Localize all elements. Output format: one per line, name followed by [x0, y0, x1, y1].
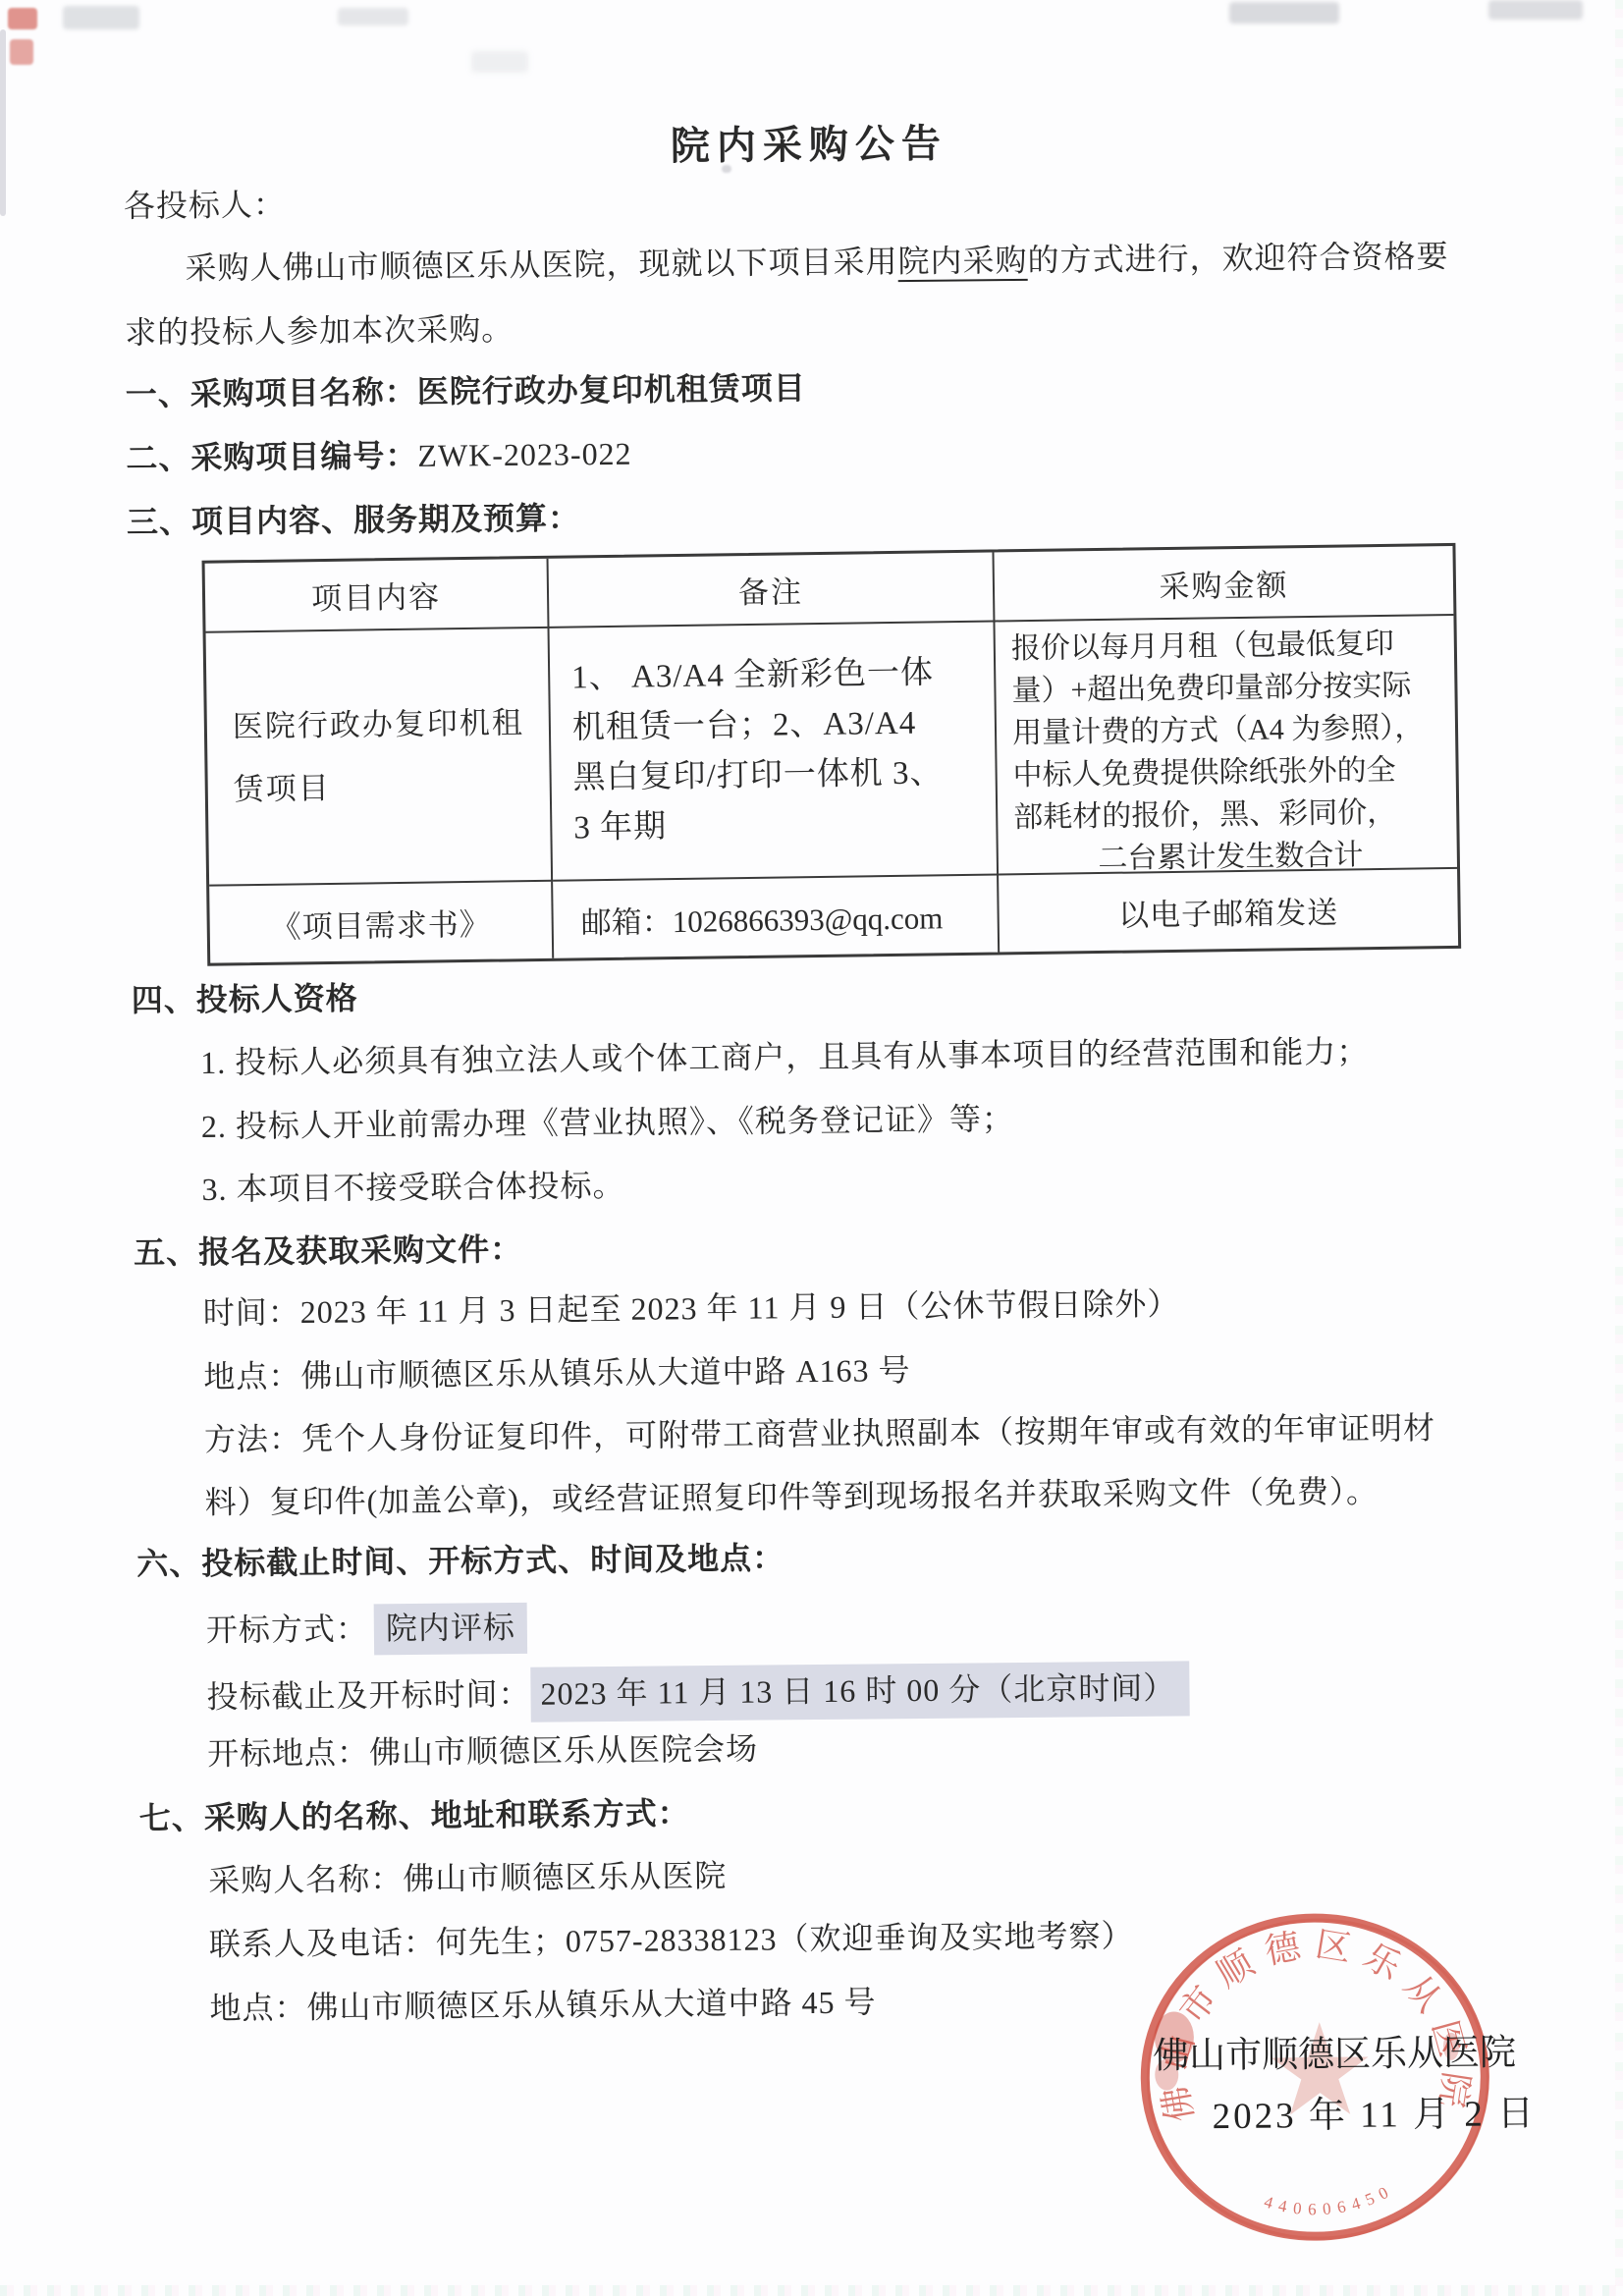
bid-opening-method-label: 开标方式：	[206, 1611, 368, 1648]
bid-deadline-label: 投标截止及开标时间：	[206, 1676, 530, 1715]
requirements-email: 邮箱：1026866393@qq.com	[553, 875, 1000, 957]
table-row: 1、 A3/A4 全新彩色一体 机租赁一台；2、A3/A4 黑白复印/打印一体机…	[550, 622, 1000, 881]
qualification-item-2: 2. 投标人开业前需办理《营业执照》、《税务登记证》等；	[201, 1099, 1014, 1146]
cell-line: 3 年期	[573, 797, 997, 853]
cell-line: 用量计费的方式（A4 为参照），	[1012, 706, 1446, 754]
bid-deadline: 投标截止及开标时间：2023 年 11 月 13 日 16 时 00 分（北京时…	[206, 1661, 1189, 1725]
qualification-item-1: 1. 投标人必须具有独立法人或个体工商户，且具有从事本项目的经营范围和能力；	[200, 1032, 1369, 1082]
registration-place: 地点：佛山市顺德区乐从镇乐从大道中路 A163 号	[203, 1350, 910, 1396]
scan-red-mark	[10, 39, 33, 65]
document-content: 院内采购公告 各投标人： 采购人佛山市顺德区乐从医院，现就以下项目采用院内采购的…	[0, 0, 1623, 2296]
cell-line: 部耗材的报价，黑、彩同价，	[1013, 791, 1447, 839]
scan-smudge	[1229, 2, 1339, 24]
bid-opening-method: 开标方式：院内评标	[206, 1603, 528, 1657]
qualification-item-3: 3. 本项目不接受联合体投标。	[201, 1166, 624, 1209]
stamp-date: 2023 年 11 月 2 日	[1212, 2083, 1537, 2139]
cell-line: 量）+超出免费印量部分按实际	[1011, 664, 1445, 712]
section-5-heading: 五、报名及获取采购文件：	[134, 1230, 522, 1273]
salutation: 各投标人：	[124, 185, 286, 226]
table-row: 医院行政办复印机租 赁项目	[206, 629, 554, 887]
stamp-org-name: 佛山市顺德区乐从医院	[1153, 2022, 1517, 2079]
table-row: 以电子邮箱发送	[999, 869, 1458, 953]
table-header-remark: 备注	[549, 552, 996, 628]
section-1-heading: 一、采购项目名称：医院行政办复印机租赁项目	[126, 368, 806, 414]
scan-dot	[722, 165, 731, 173]
buyer-address: 地点：佛山市顺德区乐从镇乐从大道中路 45 号	[209, 1982, 876, 2028]
intro-underlined-text: 院内采购	[897, 243, 1027, 282]
table-row: 报价以每月月租（包最低复印 量）+超出免费印量部分按实际 用量计费的方式（A4 …	[995, 616, 1457, 875]
seal-code-text: 440606450	[1262, 2180, 1397, 2219]
cell-line: 赁项目	[233, 754, 550, 821]
section-7-heading: 七、采购人的名称、地址和联系方式：	[139, 1793, 690, 1837]
bid-deadline-value: 2023 年 11 月 13 日 16 时 00 分（北京时间）	[530, 1661, 1189, 1722]
section-2-heading: 二、采购项目编号：ZWK-2023-022	[126, 434, 632, 478]
registration-method-line-2: 料）复印件(加盖公章)，或经营证照复印件等到现场报名并获取采购文件（免费）。	[204, 1472, 1379, 1522]
cell-line: 报价以每月月租（包最低复印	[1011, 622, 1445, 670]
project-number: ZWK-2023-022	[417, 436, 632, 473]
scan-edge-line	[0, 29, 6, 216]
table-header-amount: 采购金额	[994, 546, 1453, 623]
scan-smudge	[63, 6, 139, 29]
section-1-label: 一、采购项目名称：	[126, 374, 417, 412]
scan-smudge	[471, 51, 528, 73]
contact-phone: 联系人及电话：何先生；0757-28338123（欢迎垂询及实地考察）	[209, 1916, 1134, 1964]
bid-opening-method-value: 院内评标	[374, 1603, 528, 1655]
cell-line: 二台累计发生数合计	[1014, 833, 1448, 875]
intro-line-2: 求的投标人参加本次采购。	[125, 309, 514, 353]
table-header-content: 项目内容	[205, 559, 550, 633]
intro-line-1-pre: 采购人佛山市顺德区乐从医院，现就以下项目采用	[185, 244, 897, 286]
scan-red-mark	[8, 8, 37, 29]
section-6-heading: 六、投标截止时间、开标方式、时间及地点：	[136, 1538, 784, 1583]
table-row: 《项目需求书》	[209, 882, 554, 963]
scanned-document-page: 院内采购公告 各投标人： 采购人佛山市顺德区乐从医院，现就以下项目采用院内采购的…	[0, 0, 1623, 2296]
registration-time: 时间：2023 年 11 月 3 日起至 2023 年 11 月 9 日（公休节…	[203, 1284, 1180, 1333]
registration-method-line-1: 方法：凭个人身份证复印件，可附带工商营业执照副本（按期年审或有效的年审证明材	[204, 1408, 1435, 1459]
scan-noise-bottom	[0, 2285, 1623, 2296]
project-name: 医院行政办复印机租赁项目	[417, 370, 806, 410]
cell-line: 黑白复印/打印一体机 3、	[572, 747, 996, 803]
scan-smudge	[338, 8, 408, 26]
scan-noise-right	[1615, 0, 1623, 2296]
cell-line: 1、 A3/A4 全新彩色一体	[571, 648, 995, 704]
section-2-label: 二、采购项目编号：	[126, 438, 417, 476]
bid-opening-venue: 开标地点：佛山市顺德区乐从医院会场	[207, 1729, 758, 1774]
cell-line: 机租赁一台；2、A3/A4	[572, 697, 996, 753]
cell-line: 医院行政办复印机租	[232, 691, 549, 758]
intro-line-1-post: 的方式进行，欢迎符合资格要	[1027, 239, 1448, 278]
section-4-heading: 四、投标人资格	[132, 978, 358, 1019]
page-title: 院内采购公告	[0, 106, 1621, 178]
official-seal: 佛山市顺德区乐从医院 440606450	[1122, 1896, 1509, 2266]
buyer-name: 采购人名称：佛山市顺德区乐从医院	[208, 1856, 727, 1900]
section-3-heading: 三、项目内容、服务期及预算：	[127, 498, 580, 541]
scan-smudge	[1488, 0, 1583, 20]
cell-line: 中标人免费提供除纸张外的全	[1012, 748, 1446, 796]
project-table: 项目内容 备注 采购金额 医院行政办复印机租 赁项目 1、 A3/A4 全新彩色…	[202, 543, 1462, 966]
intro-line-1: 采购人佛山市顺德区乐从医院，现就以下项目采用院内采购的方式进行，欢迎符合资格要	[185, 237, 1448, 288]
